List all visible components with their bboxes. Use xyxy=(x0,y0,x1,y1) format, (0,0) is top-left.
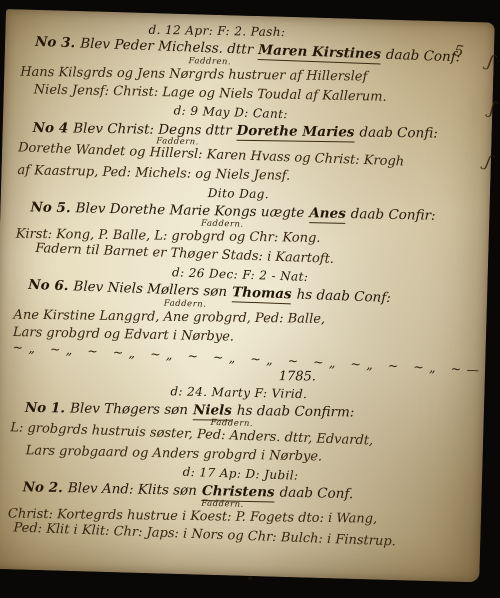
record-intro: Blev And: Klits søn xyxy=(68,480,197,499)
confirmand-name: Christens xyxy=(202,483,275,503)
baptism-record: d: 24. Marty F: Virid. No 1.Blev Thøgers… xyxy=(9,379,478,471)
record-tail: daab Confir: xyxy=(351,206,436,224)
record-intro: Blev Thøgers søn xyxy=(70,400,188,418)
record-tail: daab Conf: xyxy=(386,47,461,66)
record-tail: hs daab Conf: xyxy=(296,287,391,306)
baptism-record: d: 9 May D: Cant: No 4Blev Christ: Degns… xyxy=(17,99,486,191)
record-tail: hs daab Confirm: xyxy=(237,403,355,421)
ink-speck xyxy=(248,576,252,580)
baptism-record: d: 26 Dec: F: 2 - Nat: No 6.Blev Niels M… xyxy=(13,261,482,353)
confirmand-name: Dorethe Maries xyxy=(236,123,354,143)
baptism-record: Dito Dag. No 5.Blev Dorethe Marie Kongs … xyxy=(15,180,484,272)
confirmand-name: Niels xyxy=(193,402,232,421)
manuscript-photo: d. 12 Apr: F: 2. Pash: No 3.Blev Peder M… xyxy=(0,0,500,598)
manuscript-page: d. 12 Apr: F: 2. Pash: No 3.Blev Peder M… xyxy=(0,9,495,582)
record-intro: Blev Niels Møllers søn xyxy=(73,278,227,300)
confirmand-name: Anes xyxy=(309,205,346,224)
record-intro: Blev Dorethe Marie Kongs uægte xyxy=(75,200,304,221)
confirmand-name: Thomas xyxy=(232,284,292,304)
record-tail: daab Confi: xyxy=(359,125,438,142)
record-number: No 1. xyxy=(25,400,65,417)
record-number: No 5. xyxy=(30,199,70,216)
record-number: No 3. xyxy=(35,34,76,51)
record-number: No 4 xyxy=(33,120,69,136)
record-tail: daab Conf. xyxy=(279,485,353,503)
record-number: No 2. xyxy=(22,479,62,496)
page-content: d. 12 Apr: F: 2. Pash: No 3.Blev Peder M… xyxy=(0,9,495,552)
record-intro: Blev Peder Michelss. dttr xyxy=(80,36,254,58)
baptism-record: d: 17 Ap: D: Jubil: No 2.Blev And: Klits… xyxy=(7,460,476,552)
record-intro: Blev Christ: Degns dttr xyxy=(73,121,232,139)
record-number: No 6. xyxy=(28,277,69,294)
baptism-record: d. 12 Apr: F: 2. Pash: No 3.Blev Peder M… xyxy=(20,18,489,110)
